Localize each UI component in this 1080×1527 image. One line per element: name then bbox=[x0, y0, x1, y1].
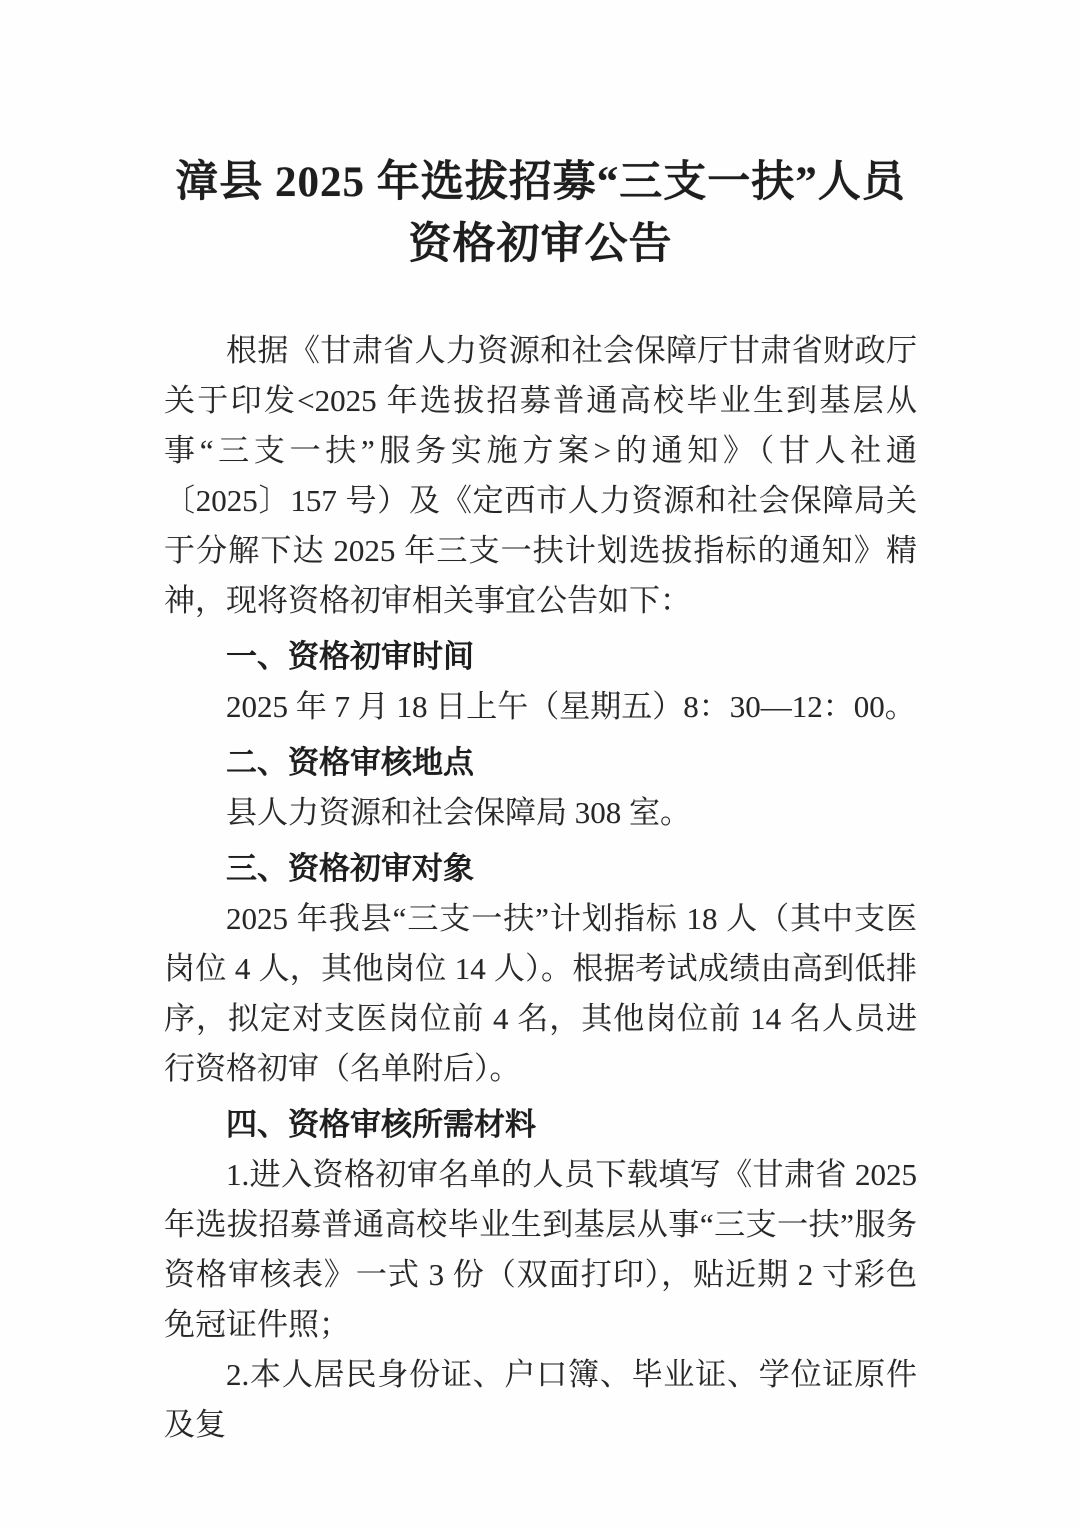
intro-paragraph: 根据《甘肃省人力资源和社会保障厅甘肃省财政厅关于印发<2025 年选拔招募普通高… bbox=[164, 326, 917, 626]
section-2-heading: 二、资格审核地点 bbox=[164, 738, 917, 788]
document-body: 根据《甘肃省人力资源和社会保障厅甘肃省财政厅关于印发<2025 年选拔招募普通高… bbox=[164, 326, 917, 1450]
section-4-paragraph-1: 1.进入资格初审名单的人员下载填写《甘肃省 2025 年选拔招募普通高校毕业生到… bbox=[164, 1150, 917, 1350]
section-3-paragraph-1: 2025 年我县“三支一扶”计划指标 18 人（其中支医岗位 4 人，其他岗位 … bbox=[164, 894, 917, 1094]
page-title-line-1: 漳县 2025 年选拔招募“三支一扶”人员 bbox=[164, 152, 917, 214]
section-1-heading: 一、资格初审时间 bbox=[164, 632, 917, 682]
page-title: 漳县 2025 年选拔招募“三支一扶”人员 资格初审公告 bbox=[164, 152, 917, 276]
page-title-line-2: 资格初审公告 bbox=[164, 214, 917, 276]
section-4-heading: 四、资格审核所需材料 bbox=[164, 1100, 917, 1150]
section-2-paragraph-1: 县人力资源和社会保障局 308 室。 bbox=[164, 788, 917, 838]
section-1-paragraph-1: 2025 年 7 月 18 日上午（星期五）8：30—12：00。 bbox=[164, 682, 917, 732]
scanned-document-page: 漳县 2025 年选拔招募“三支一扶”人员 资格初审公告 根据《甘肃省人力资源和… bbox=[0, 0, 1080, 1527]
section-4-paragraph-2: 2.本人居民身份证、户口簿、毕业证、学位证原件及复 bbox=[164, 1350, 917, 1450]
section-3-heading: 三、资格初审对象 bbox=[164, 844, 917, 894]
